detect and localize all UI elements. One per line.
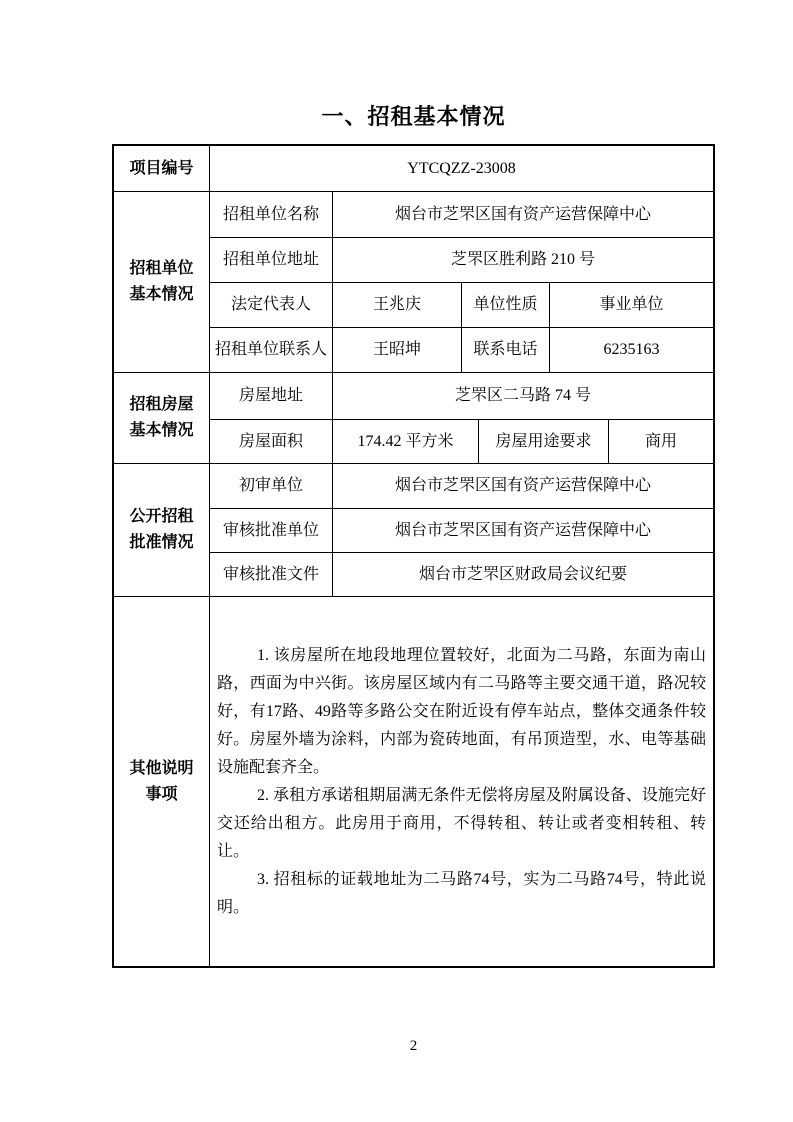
section-notes-label: 其他说明事项 xyxy=(114,597,209,966)
legal-rep-value: 王兆庆 xyxy=(332,283,461,327)
first-review-value: 烟台市芝罘区国有资产运营保障中心 xyxy=(332,464,713,508)
approve-doc-row: 审核批准文件 烟台市芝罘区财政局会议纪要 xyxy=(210,552,713,596)
approve-unit-label: 审核批准单位 xyxy=(210,509,332,552)
section-notes-body: 1. 该房屋所在地段地理位置较好，北面为二马路，东面为南山路，西面为中兴街。该房… xyxy=(209,597,713,966)
section-notes: 其他说明事项 1. 该房屋所在地段地理位置较好，北面为二马路，东面为南山路，西面… xyxy=(114,596,713,966)
section-rental-unit-label: 招租单位基本情况 xyxy=(114,192,209,372)
section-approval: 公开招租批准情况 初审单位 烟台市芝罘区国有资产运营保障中心 审核批准单位 烟台… xyxy=(114,463,713,596)
house-area-row: 房屋面积 174.42 平方米 房屋用途要求 商用 xyxy=(210,419,713,463)
unit-contact-value: 王昭坤 xyxy=(332,328,461,372)
unit-name-value: 烟台市芝罘区国有资产运营保障中心 xyxy=(332,192,713,237)
section-rental-unit-body: 招租单位名称 烟台市芝罘区国有资产运营保障中心 招租单位地址 芝罘区胜利路 21… xyxy=(209,192,713,372)
legal-rep-label: 法定代表人 xyxy=(210,283,332,327)
legal-rep-row: 法定代表人 王兆庆 单位性质 事业单位 xyxy=(210,282,713,327)
house-area-value: 174.42 平方米 xyxy=(332,420,478,463)
approve-unit-row: 审核批准单位 烟台市芝罘区国有资产运营保障中心 xyxy=(210,508,713,552)
contact-phone-value: 6235163 xyxy=(549,328,713,372)
page-title: 一、招租基本情况 xyxy=(112,100,715,131)
house-usage-label: 房屋用途要求 xyxy=(478,420,608,463)
notes-paragraph: 3. 招租标的证载地址为二马路74号，实为二马路74号，特此说明。 xyxy=(217,866,706,922)
house-usage-value: 商用 xyxy=(608,420,713,463)
project-number-row: 项目编号 YTCQZZ-23008 xyxy=(114,146,713,191)
project-number-value: YTCQZZ-23008 xyxy=(209,146,713,191)
document-page: 一、招租基本情况 项目编号 YTCQZZ-23008 招租单位基本情况 招租单位… xyxy=(0,0,793,1122)
section-rental-house-label: 招租房屋基本情况 xyxy=(114,373,209,463)
section-approval-body: 初审单位 烟台市芝罘区国有资产运营保障中心 审核批准单位 烟台市芝罘区国有资产运… xyxy=(209,464,713,596)
unit-address-row: 招租单位地址 芝罘区胜利路 210 号 xyxy=(210,237,713,282)
first-review-label: 初审单位 xyxy=(210,464,332,508)
unit-address-label: 招租单位地址 xyxy=(210,238,332,282)
house-area-label: 房屋面积 xyxy=(210,420,332,463)
unit-name-row: 招租单位名称 烟台市芝罘区国有资产运营保障中心 xyxy=(210,192,713,237)
notes-paragraph: 2. 承租方承诺租期届满无条件无偿将房屋及附属设备、设施完好交还给出租方。此房用… xyxy=(217,782,706,866)
project-number-label: 项目编号 xyxy=(114,146,209,191)
approve-doc-value: 烟台市芝罘区财政局会议纪要 xyxy=(332,553,713,596)
section-rental-house: 招租房屋基本情况 房屋地址 芝罘区二马路 74 号 房屋面积 174.42 平方… xyxy=(114,372,713,463)
page-number: 2 xyxy=(112,1038,715,1055)
house-address-row: 房屋地址 芝罘区二马路 74 号 xyxy=(210,373,713,419)
contact-phone-label: 联系电话 xyxy=(461,328,549,372)
section-rental-house-body: 房屋地址 芝罘区二马路 74 号 房屋面积 174.42 平方米 房屋用途要求 … xyxy=(209,373,713,463)
approve-doc-label: 审核批准文件 xyxy=(210,553,332,596)
house-address-value: 芝罘区二马路 74 号 xyxy=(332,373,713,419)
unit-contact-label: 招租单位联系人 xyxy=(210,328,332,372)
house-address-label: 房屋地址 xyxy=(210,373,332,419)
notes-paragraph: 1. 该房屋所在地段地理位置较好，北面为二马路，东面为南山路，西面为中兴街。该房… xyxy=(217,642,706,782)
unit-nature-value: 事业单位 xyxy=(549,283,713,327)
section-rental-unit: 招租单位基本情况 招租单位名称 烟台市芝罘区国有资产运营保障中心 招租单位地址 … xyxy=(114,191,713,372)
unit-address-value: 芝罘区胜利路 210 号 xyxy=(332,238,713,282)
unit-nature-label: 单位性质 xyxy=(461,283,549,327)
section-approval-label: 公开招租批准情况 xyxy=(114,464,209,596)
approve-unit-value: 烟台市芝罘区国有资产运营保障中心 xyxy=(332,509,713,552)
rental-info-table: 项目编号 YTCQZZ-23008 招租单位基本情况 招租单位名称 烟台市芝罘区… xyxy=(112,144,715,968)
unit-name-label: 招租单位名称 xyxy=(210,192,332,237)
unit-contact-row: 招租单位联系人 王昭坤 联系电话 6235163 xyxy=(210,327,713,372)
document-content: 一、招租基本情况 项目编号 YTCQZZ-23008 招租单位基本情况 招租单位… xyxy=(112,0,715,1055)
first-review-row: 初审单位 烟台市芝罘区国有资产运营保障中心 xyxy=(210,464,713,508)
